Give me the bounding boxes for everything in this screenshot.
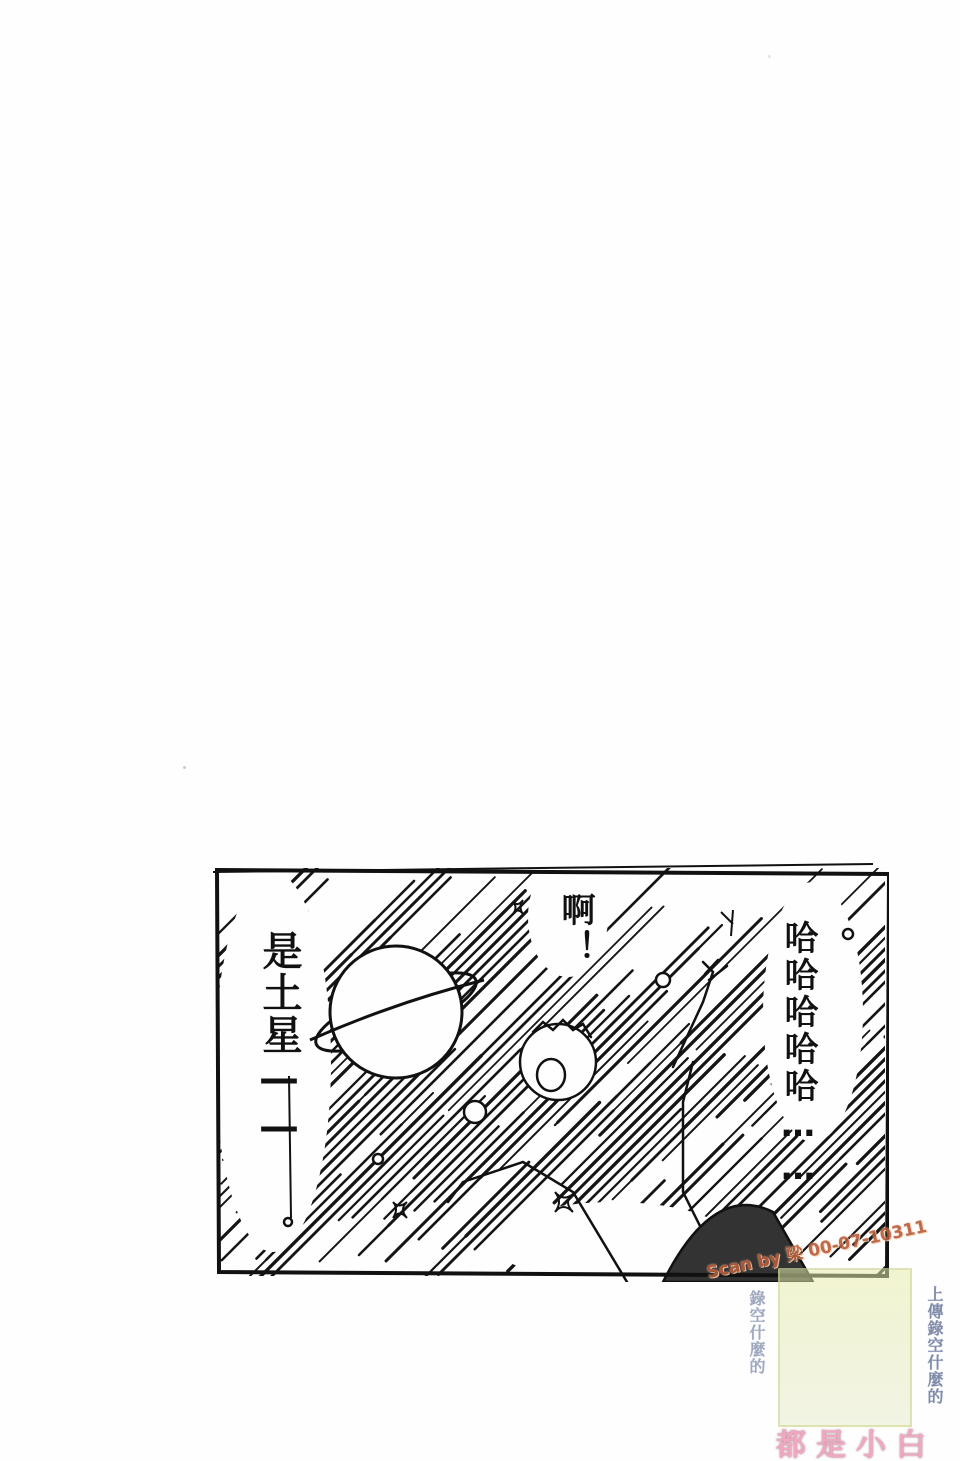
comic-panel: 是土星—— 啊！ 哈哈哈哈哈…… <box>213 862 889 1282</box>
watermark-stamp <box>778 1268 912 1427</box>
scan-speck <box>183 766 186 769</box>
scan-group-name: 都是小白 <box>776 1420 936 1461</box>
scan-speck <box>768 55 771 58</box>
narration-text: 是土星—— <box>251 930 308 1152</box>
manga-page: 是土星—— 啊！ 哈哈哈哈哈…… Scan by 梁 00-07-10311 上… <box>0 0 960 1461</box>
watermark-side-text: 上傳錄空什麼的 <box>926 1286 942 1405</box>
exclamation-text: 啊！ <box>551 892 600 968</box>
laughter-text: 哈哈哈哈哈…… <box>781 920 815 1191</box>
watermark-side-text-left: 錄空什麼的 <box>748 1290 764 1375</box>
